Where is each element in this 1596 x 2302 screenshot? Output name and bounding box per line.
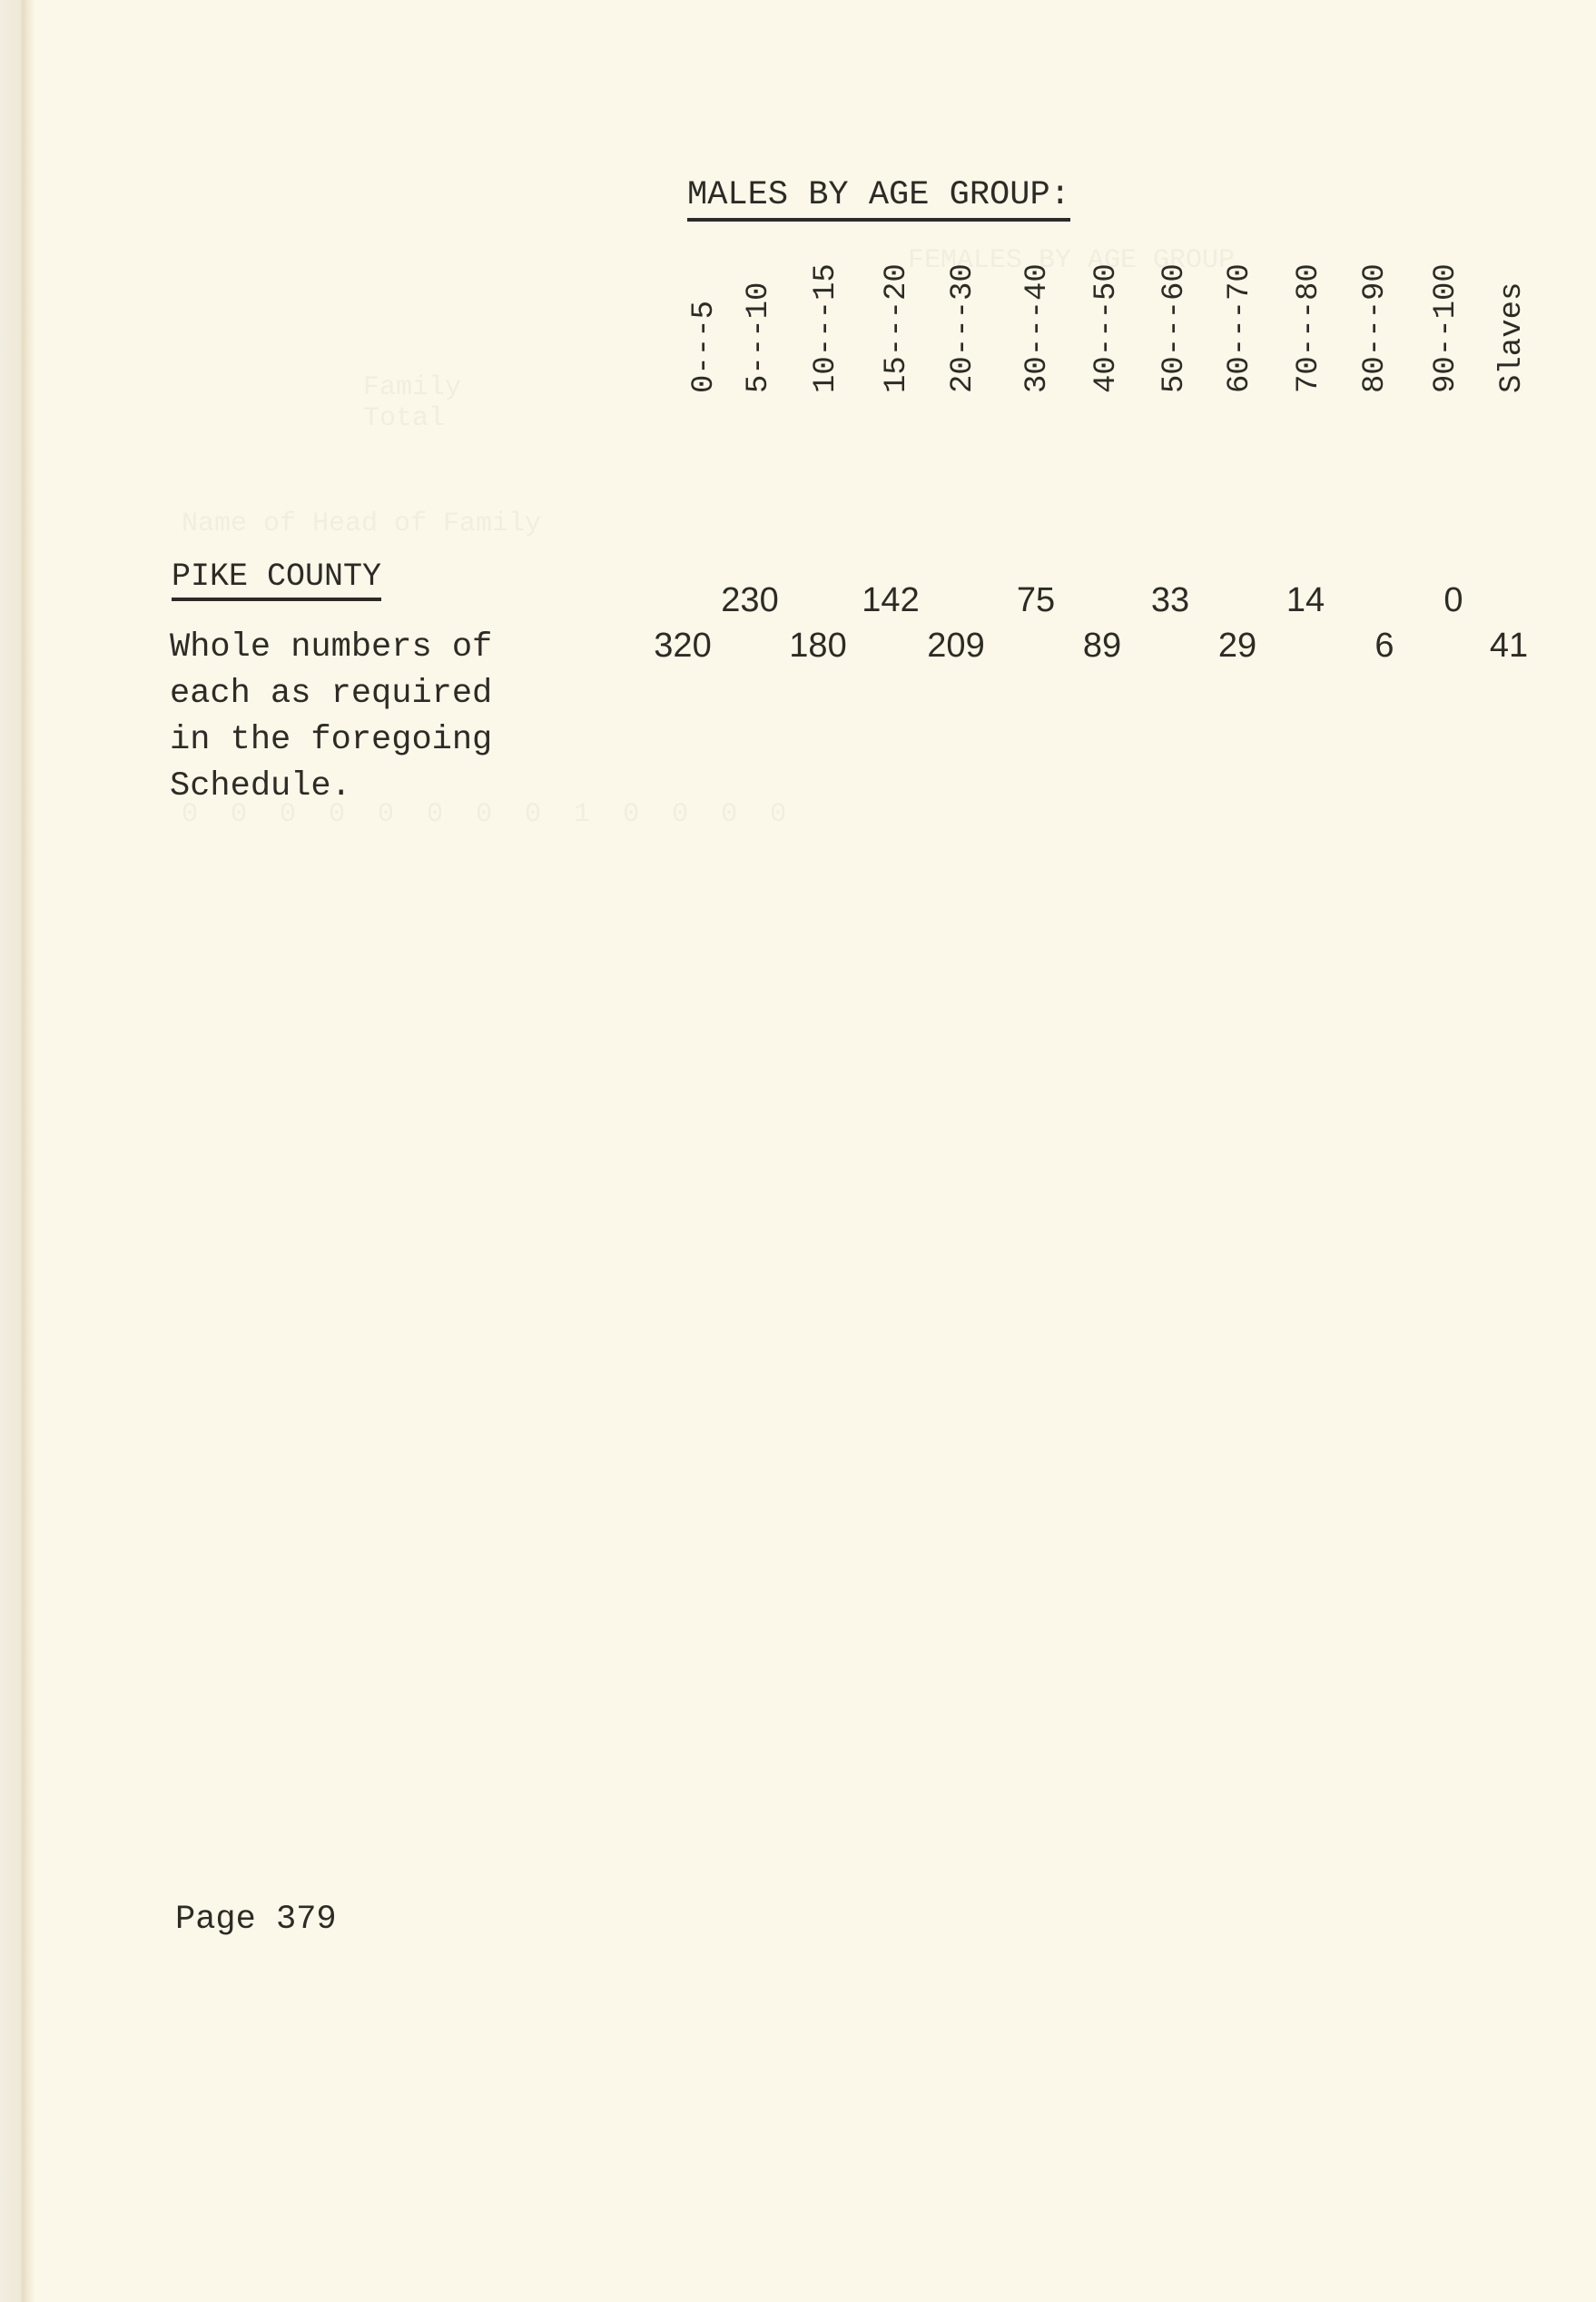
note-line: Schedule. — [170, 767, 351, 805]
column-header: 30---40 — [1020, 230, 1056, 393]
note-line: Whole numbers of — [170, 628, 492, 667]
value-cell: 14 — [1286, 581, 1325, 620]
column-header: 10---15 — [808, 230, 844, 393]
value-cell: 41 — [1490, 627, 1528, 666]
column-header: 50---60 — [1157, 230, 1193, 393]
column-header: Slaves — [1494, 230, 1531, 393]
value-cell: 29 — [1218, 627, 1256, 666]
column-header: 5---10 — [741, 230, 777, 393]
column-header: 40---50 — [1089, 230, 1125, 393]
show-through-text: Family Total — [363, 372, 461, 434]
column-header: 80---90 — [1357, 230, 1394, 393]
column-header: 15---20 — [879, 230, 915, 393]
value-cell: 75 — [1017, 581, 1055, 620]
column-header: 20---30 — [945, 230, 981, 393]
value-cell: 6 — [1374, 627, 1394, 666]
value-cell: 33 — [1151, 581, 1189, 620]
value-cell: 230 — [721, 581, 778, 620]
value-cell: 142 — [862, 581, 919, 620]
note-line: each as required — [170, 675, 492, 713]
section-title: MALES BY AGE GROUP: — [687, 176, 1070, 222]
value-cell: 209 — [927, 627, 984, 666]
show-through-text: Name of Head of Family — [182, 509, 541, 539]
column-header: 90--100 — [1428, 230, 1464, 393]
county-title: PIKE COUNTY — [172, 558, 381, 601]
column-header: 70---80 — [1291, 230, 1327, 393]
value-cell: 0 — [1443, 581, 1463, 620]
column-header: 60---70 — [1222, 230, 1258, 393]
schedule-note: Whole numbers of each as required in the… — [170, 625, 492, 810]
column-header: 0---5 — [686, 230, 723, 393]
value-cell: 89 — [1083, 627, 1121, 666]
value-cell: 320 — [654, 627, 711, 666]
page-number: Page 379 — [175, 1901, 337, 1939]
note-line: in the foregoing — [170, 721, 492, 759]
page-binding-edge — [0, 0, 34, 2302]
value-cell: 180 — [789, 627, 846, 666]
